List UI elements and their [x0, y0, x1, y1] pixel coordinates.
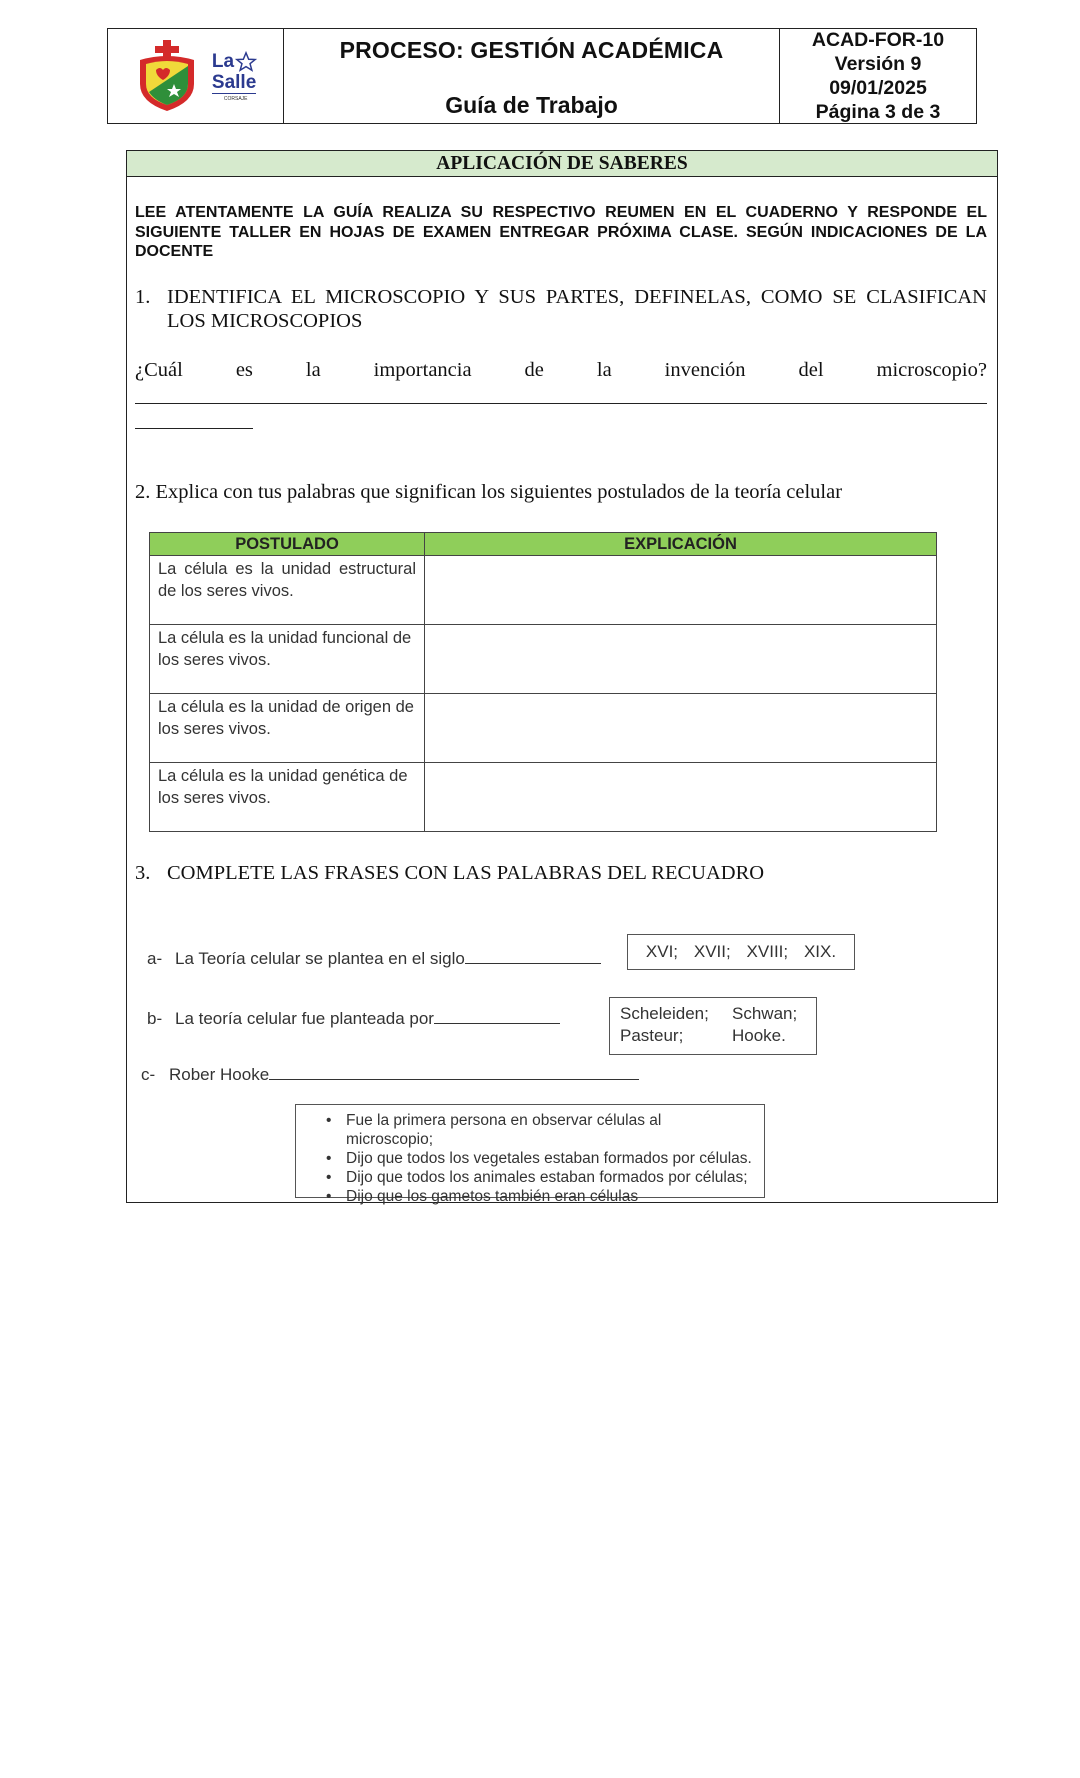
word-option: Hooke.: [732, 1026, 812, 1048]
list-item: Fue la primera persona en observar célul…: [326, 1111, 752, 1149]
item-label: c-: [141, 1065, 169, 1085]
table-row: La célula es la unidad de origen de los …: [150, 694, 937, 763]
list-item: Dijo que todos los animales estaban form…: [326, 1168, 752, 1187]
explicacion-cell[interactable]: [425, 763, 937, 832]
postulado-cell: La célula es la unidad de origen de los …: [150, 694, 425, 763]
word-box-scientists: Scheleiden; Schwan; Pasteur; Hooke.: [609, 997, 817, 1055]
item-label: a-: [147, 949, 175, 969]
subquestion-word: la: [306, 359, 321, 382]
word-box-centuries: XVI; XVII; XVIII; XIX.: [627, 934, 855, 970]
question-1-text: IDENTIFICA EL MICROSCOPIO Y SUS PARTES, …: [167, 285, 987, 333]
lasalle-logo: La Salle CORSAJE: [212, 51, 257, 102]
instructions: LEE ATENTAMENTE LA GUÍA REALIZA SU RESPE…: [135, 203, 987, 262]
question-1-number: 1.: [135, 285, 150, 309]
list-item: Dijo que los gametos también eran célula…: [326, 1187, 752, 1206]
explicacion-cell[interactable]: [425, 556, 937, 625]
postulates-table: POSTULADO EXPLICACIÓN La célula es la un…: [149, 532, 937, 832]
item-label: b-: [147, 1009, 175, 1029]
subquestion-word: de: [525, 359, 544, 382]
blank-a[interactable]: [465, 949, 601, 964]
document-header: La Salle CORSAJE PROCESO: GESTIÓN ACADÉM…: [107, 28, 977, 124]
doc-version: Versión 9: [835, 52, 922, 76]
subquestion-word: es: [236, 359, 253, 382]
question-3-number: 3.: [135, 862, 167, 885]
explicacion-cell[interactable]: [425, 625, 937, 694]
postulado-cell: La célula es la unidad genética de los s…: [150, 763, 425, 832]
fill-item-b: b-La teoría celular fue planteada por: [147, 1009, 560, 1029]
doc-date: 09/01/2025: [829, 76, 927, 100]
item-text: La Teoría celular se plantea en el siglo: [175, 949, 465, 968]
doc-type: Guía de Trabajo: [445, 92, 618, 119]
question-2-text: 2. Explica con tus palabras que signific…: [135, 481, 842, 504]
lasalle-sub: CORSAJE: [224, 96, 248, 102]
column-header-explicacion: EXPLICACIÓN: [425, 533, 937, 556]
word-box-statements: Fue la primera persona en observar célul…: [295, 1104, 765, 1198]
subquestion-word: la: [597, 359, 612, 382]
page-number: Página 3 de 3: [816, 100, 941, 124]
column-header-postulado: POSTULADO: [150, 533, 425, 556]
school-shield-icon: [134, 40, 200, 112]
word-option: XVIII;: [747, 942, 789, 962]
fill-item-c: c-Rober Hooke: [141, 1065, 639, 1085]
question-1-subquestion: ¿Cuáleslaimportanciadelainvencióndelmicr…: [135, 359, 987, 382]
word-option: XIX.: [804, 942, 836, 962]
star-icon: [235, 51, 257, 73]
word-option: XVII;: [694, 942, 731, 962]
table-row: La célula es la unidad funcional de los …: [150, 625, 937, 694]
blank-c[interactable]: [269, 1065, 639, 1080]
fill-item-a: a-La Teoría celular se plantea en el sig…: [147, 949, 601, 969]
table-row: La célula es la unidad genética de los s…: [150, 763, 937, 832]
subquestion-word: importancia: [374, 359, 472, 382]
process-title: PROCESO: GESTIÓN ACADÉMICA: [340, 37, 724, 64]
subquestion-word: del: [799, 359, 824, 382]
answer-line-short[interactable]: [135, 428, 253, 429]
question-3: 3.COMPLETE LAS FRASES CON LAS PALABRAS D…: [135, 862, 764, 885]
question-3-text: COMPLETE LAS FRASES CON LAS PALABRAS DEL…: [167, 862, 764, 884]
table-row: La célula es la unidad estructural de lo…: [150, 556, 937, 625]
answer-line[interactable]: [135, 403, 987, 404]
postulado-cell: La célula es la unidad estructural de lo…: [150, 556, 425, 625]
subquestion-word: invención: [665, 359, 746, 382]
explicacion-cell[interactable]: [425, 694, 937, 763]
subquestion-word: microscopio?: [877, 359, 987, 382]
activity-section: APLICACIÓN DE SABERES LEE ATENTAMENTE LA…: [126, 150, 998, 1203]
subquestion-word: ¿Cuál: [135, 359, 183, 382]
section-title: APLICACIÓN DE SABERES: [127, 151, 997, 177]
blank-b[interactable]: [434, 1009, 560, 1024]
word-option: Scheleiden;: [620, 1004, 732, 1026]
word-option: XVI;: [646, 942, 678, 962]
postulado-cell: La célula es la unidad funcional de los …: [150, 625, 425, 694]
item-text: La teoría celular fue planteada por: [175, 1009, 434, 1028]
item-text: Rober Hooke: [169, 1065, 269, 1084]
question-1: 1. IDENTIFICA EL MICROSCOPIO Y SUS PARTE…: [135, 285, 987, 333]
statements-list: Fue la primera persona en observar célul…: [326, 1111, 752, 1206]
header-meta-cell: ACAD-FOR-10 Versión 9 09/01/2025 Página …: [780, 29, 976, 123]
list-item: Dijo que todos los vegetales estaban for…: [326, 1149, 752, 1168]
doc-code: ACAD-FOR-10: [812, 28, 944, 52]
lasalle-salle: Salle: [212, 73, 256, 94]
word-option: Pasteur;: [620, 1026, 732, 1048]
lasalle-la: La: [212, 53, 234, 71]
word-option: Schwan;: [732, 1004, 812, 1026]
logo-cell: La Salle CORSAJE: [108, 29, 284, 123]
header-title-cell: PROCESO: GESTIÓN ACADÉMICA Guía de Traba…: [284, 29, 780, 123]
